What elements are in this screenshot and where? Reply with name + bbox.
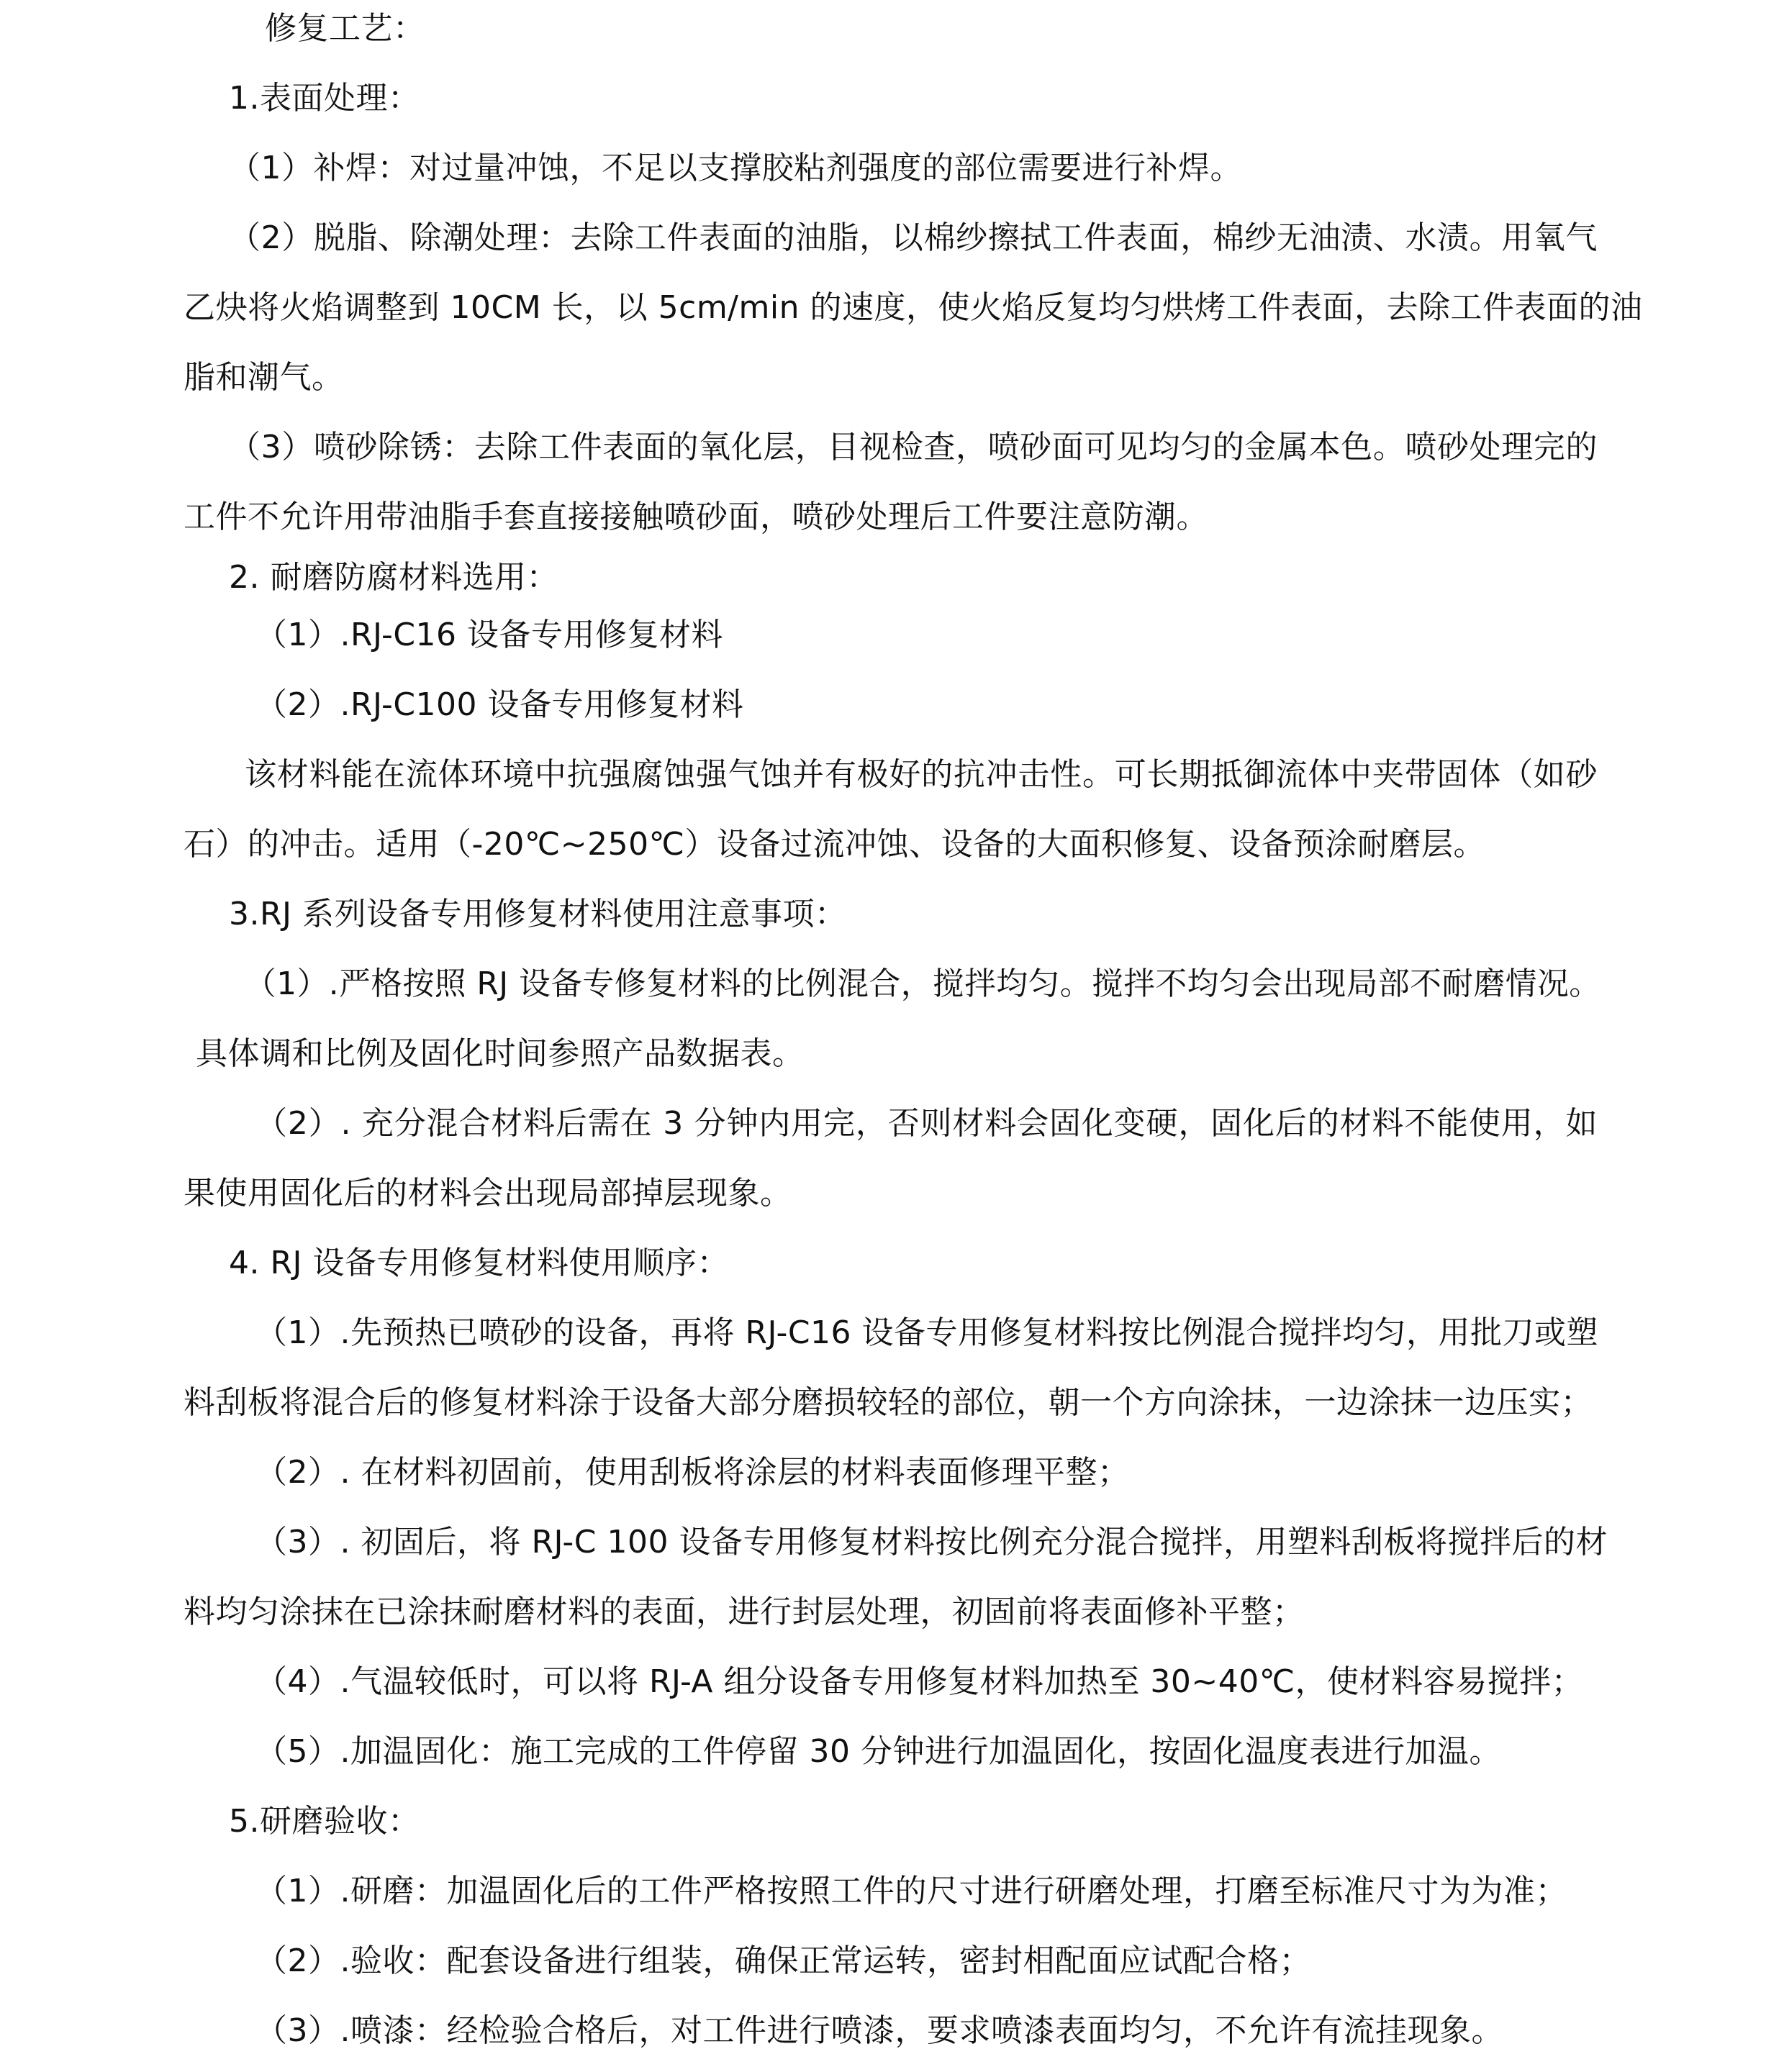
paragraph-degreasing-line-2: 乙炔将火焰调整到 10CM 长，以 5cm/min 的速度，使火焰反复均匀烘烤工…: [184, 286, 1598, 330]
paragraph-painting: （3）.喷漆：经检验合格后，对工件进行喷漆，要求喷漆表面均匀，不允许有流挂现象。: [255, 2009, 1503, 2053]
paragraph-mixing-ratio-line-2: 具体调和比例及固化时间参照产品数据表。: [196, 1032, 805, 1076]
paragraph-mixing-ratio-line-1: （1）.严格按照 RJ 设备专修复材料的比例混合，搅拌均匀。搅拌不均匀会出现局部…: [245, 963, 1601, 1006]
paragraph-preheat-line-2: 料刮板将混合后的修复材料涂于设备大部分磨损较轻的部位，朝一个方向涂抹，一边涂抹一…: [184, 1381, 1583, 1424]
paragraph-material-description-line-1: 该材料能在流体环境中抗强腐蚀强气蚀并有极好的抗冲击性。可长期抵御流体中夹带固体（…: [245, 753, 1598, 796]
paragraph-preheat-line-1: （1）.先预热已喷砂的设备，再将 RJ-C16 设备专用修复材料按比例混合搅拌均…: [255, 1312, 1588, 1355]
paragraph-sandblasting-line-2: 工件不允许用带油脂手套直接接触喷砂面，喷砂处理后工件要注意防潮。: [184, 496, 1208, 539]
paragraph-repair-welding: （1）补焊：对过量冲蚀，不足以支撑胶粘剂强度的部位需要进行补焊。: [229, 147, 1242, 190]
list-item-rj-c16: （1）.RJ-C16 设备专用修复材料: [255, 614, 723, 657]
paragraph-sealing-line-1: （3）. 初固后，将 RJ-C 100 设备专用修复材料按比例充分混合搅拌，用塑…: [255, 1521, 1598, 1564]
paragraph-pot-life-line-2: 果使用固化后的材料会出现局部掉层现象。: [184, 1172, 792, 1215]
paragraph-sandblasting-line-1: （3）喷砂除锈：去除工件表面的氧化层，目视检查，喷砂面可见均匀的金属本色。喷砂处…: [229, 426, 1598, 469]
paragraph-degreasing-line-3: 脂和潮气。: [184, 356, 344, 399]
paragraph-low-temperature: （4）.气温较低时，可以将 RJ-A 组分设备专用修复材料加热至 30~40℃，…: [255, 1660, 1583, 1704]
paragraph-smoothing: （2）. 在材料初固前，使用刮板将涂层的材料表面修理平整；: [255, 1451, 1129, 1494]
section-heading-material-selection: 2. 耐磨防腐材料选用：: [229, 556, 558, 599]
paragraph-material-description-line-2: 石）的冲击。适用（-20℃~250℃）设备过流冲蚀、设备的大面积修复、设备预涂耐…: [184, 823, 1485, 866]
section-heading-surface-treatment: 1.表面处理：: [229, 77, 420, 120]
paragraph-acceptance: （2）.验收：配套设备进行组装，确保正常运转，密封相配面应试配合格；: [255, 1940, 1311, 1983]
paragraph-heat-curing: （5）.加温固化：施工完成的工件停留 30 分钟进行加温固化，按固化温度表进行加…: [255, 1730, 1501, 1773]
section-heading-grinding-acceptance: 5.研磨验收：: [229, 1800, 420, 1843]
list-item-rj-c100: （2）.RJ-C100 设备专用修复材料: [255, 683, 744, 727]
paragraph-pot-life-line-1: （2）. 充分混合材料后需在 3 分钟内用完，否则材料会固化变硬，固化后的材料不…: [255, 1102, 1598, 1145]
paragraph-sealing-line-2: 料均匀涂抹在已涂抹耐磨材料的表面，进行封层处理，初固前将表面修补平整；: [184, 1591, 1305, 1634]
section-heading-application-sequence: 4. RJ 设备专用修复材料使用顺序：: [229, 1242, 729, 1285]
section-heading-usage-notes: 3.RJ 系列设备专用修复材料使用注意事项：: [229, 893, 847, 936]
paragraph-grinding: （1）.研磨：加温固化后的工件严格按照工件的尺寸进行研磨处理，打磨至标准尺寸为为…: [255, 1870, 1567, 1913]
document-title: 修复工艺：: [265, 7, 425, 50]
paragraph-degreasing-line-1: （2）脱脂、除潮处理：去除工件表面的油脂，以棉纱擦拭工件表面，棉纱无油渍、水渍。…: [229, 217, 1598, 260]
